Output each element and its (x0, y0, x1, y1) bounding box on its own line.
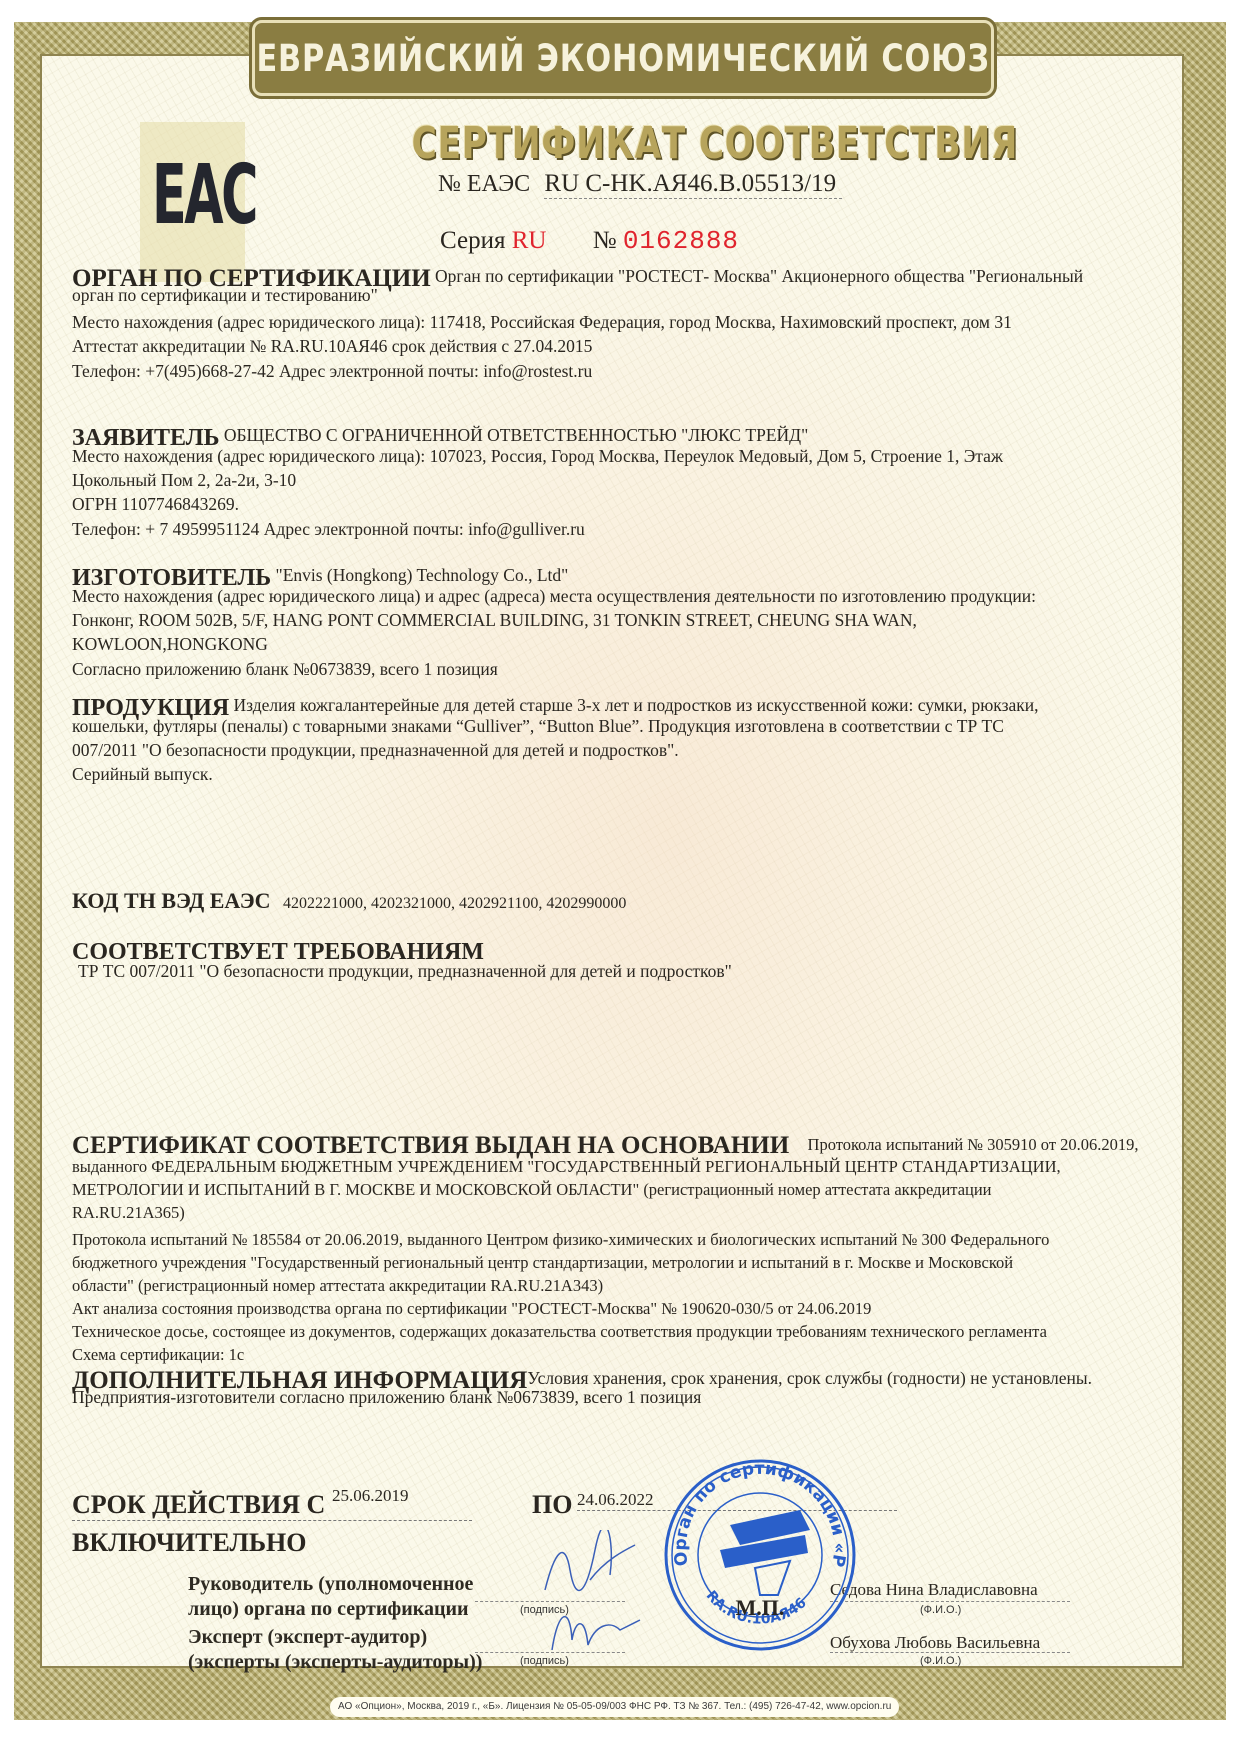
head-signature-icon (535, 1530, 645, 1610)
validity-from-date: 25.06.2019 (332, 1486, 409, 1506)
certificate-number-label: № ЕАЭС (438, 171, 530, 197)
basis-line: Схема сертификации: 1с (72, 1344, 1142, 1365)
series-value: RU (512, 227, 547, 254)
manufacturer-address-label: Место нахождения (адрес юридического лиц… (72, 586, 1142, 607)
union-title: ЕВРАЗИЙСКИЙ ЭКОНОМИЧЕСКИЙ СОЮЗ (256, 37, 989, 80)
applicant-address: Место нахождения (адрес юридического лиц… (72, 446, 1142, 467)
validity-from-label: СРОК ДЕЙСТВИЯ С (72, 1490, 472, 1521)
basis-line: выданного ФЕДЕРАЛЬНЫМ БЮДЖЕТНЫМ УЧРЕЖДЕН… (72, 1156, 1142, 1177)
additional-storage: Условия хранения, срок хранения, срок сл… (527, 1368, 1092, 1388)
basis-heading: СЕРТИФИКАТ СООТВЕТСТВИЯ ВЫДАН НА ОСНОВАН… (72, 1132, 789, 1159)
applicant-address-cont: Цокольный Пом 2, 2а-2и, 3-10 (72, 470, 1142, 491)
head-signature-block: Руководитель (уполномоченное лицо) орган… (188, 1572, 473, 1622)
product-section: ПРОДУКЦИЯ Изделия кожгалантерейные для д… (72, 695, 1142, 785)
head-name-line (830, 1601, 1070, 1602)
product-release-type: Серийный выпуск. (72, 764, 1142, 785)
basis-protocol-1: Протокола испытаний № 305910 от 20.06.20… (808, 1135, 1139, 1154)
expert-signature-block: Эксперт (эксперт-аудитор) (эксперты (экс… (188, 1625, 482, 1675)
applicant-ogrn: ОГРН 1107746843269. (72, 494, 1142, 515)
tn-ved-codes: 4202221000, 4202321000, 4202921100, 4202… (283, 895, 626, 912)
expert-signature-icon (540, 1600, 650, 1660)
basis-section: СЕРТИФИКАТ СООТВЕТСТВИЯ ВЫДАН НА ОСНОВАН… (72, 1134, 1142, 1365)
blank-number-value: 0162888 (623, 226, 739, 256)
certificate-title: СЕРТИФИКАТ СООТВЕТСТВИЯ (412, 118, 849, 169)
blank-series: Серия RU № 0162888 (440, 226, 739, 256)
head-label-cont: лицо) органа по сертификации (188, 1597, 473, 1622)
product-description: Изделия кожгалантерейные для детей старш… (234, 695, 1039, 715)
expert-name-caption: (Ф.И.О.) (920, 1655, 961, 1667)
product-standard: 007/2011 "О безопасности продукции, пред… (72, 740, 1142, 761)
head-label: Руководитель (уполномоченное (188, 1572, 473, 1597)
basis-line: Техническое досье, состоящее из документ… (72, 1321, 1142, 1342)
requirements-section: СООТВЕТСТВУЕТ ТРЕБОВАНИЯМ ТР ТС 007/2011… (72, 942, 1142, 982)
head-name-caption: (Ф.И.О.) (920, 1604, 961, 1616)
union-banner: ЕВРАЗИЙСКИЙ ЭКОНОМИЧЕСКИЙ СОЮЗ (252, 20, 994, 96)
expert-label: Эксперт (эксперт-аудитор) (188, 1625, 482, 1650)
expert-name: Обухова Любовь Васильевна (830, 1633, 1040, 1653)
requirements-heading: СООТВЕТСТВУЕТ ТРЕБОВАНИЯМ (72, 942, 1142, 963)
tn-ved-heading: КОД ТН ВЭД ЕАЭС (72, 888, 271, 913)
seal-stamp-icon: Орган по сертификации «Ростест-Москва» R… (660, 1455, 860, 1655)
series-label: Серия (440, 227, 505, 254)
basis-line: RA.RU.21А365) (72, 1202, 1142, 1223)
manufacturer-address-cont: KOWLOON,HONGKONG (72, 634, 1142, 655)
basis-line: Акт анализа состояния производства орган… (72, 1298, 1142, 1319)
head-name: Седова Нина Владиславовна (830, 1580, 1038, 1600)
product-description-cont: кошельки, футляры (пеналы) с товарными з… (72, 716, 1142, 737)
basis-lines: выданного ФЕДЕРАЛЬНЫМ БЮДЖЕТНЫМ УЧРЕЖДЕН… (72, 1156, 1142, 1365)
printer-imprint: АО «Опцион», Москва, 2019 г., «Б». Лицен… (330, 1697, 899, 1717)
tn-ved-section: КОД ТН ВЭД ЕАЭС 4202221000, 4202321000, … (72, 890, 1142, 914)
eac-logo-icon: ЕАС (152, 148, 256, 243)
basis-line: Протокола испытаний № 185584 от 20.06.20… (72, 1229, 1142, 1250)
manufacturer-address: Гонконг, ROOM 502B, 5/F, HANG PONT COMME… (72, 610, 1142, 631)
manufacturer-annex: Согласно приложению бланк №0673839, всег… (72, 659, 1142, 680)
certificate-number: № ЕАЭС RU C-HK.АЯ46.В.05513/19 (438, 170, 842, 199)
basis-line: бюджетного учреждения "Государственный р… (72, 1252, 1142, 1273)
certification-body-accreditation: Аттестат аккредитации № RA.RU.10АЯ46 сро… (72, 336, 1142, 357)
manufacturer-name: "Envis (Hongkong) Technology Co., Ltd" (276, 565, 569, 585)
manufacturer-section: ИЗГОТОВИТЕЛЬ "Envis (Hongkong) Technolog… (72, 565, 1142, 680)
svg-text:М.П.: М.П. (736, 1595, 785, 1620)
basis-line: области" (регистрационный номер аттестат… (72, 1275, 1142, 1296)
applicant-contacts: Телефон: + 7 4959951124 Адрес электронно… (72, 519, 1142, 540)
additional-section: ДОПОЛНИТЕЛЬНАЯ ИНФОРМАЦИЯУсловия хранени… (72, 1368, 1142, 1408)
certification-body-contacts: Телефон: +7(495)668-27-42 Адрес электрон… (72, 361, 1142, 382)
applicant-section: ЗАЯВИТЕЛЬ ОБЩЕСТВО С ОГРАНИЧЕННОЙ ОТВЕТС… (72, 425, 1142, 540)
expert-name-line (830, 1652, 1070, 1653)
applicant-name: ОБЩЕСТВО С ОГРАНИЧЕННОЙ ОТВЕТСТВЕННОСТЬЮ… (224, 425, 808, 445)
validity-to-label: ПО (532, 1490, 572, 1520)
certification-body-section: ОРГАН ПО СЕРТИФИКАЦИИ Орган по сертифика… (72, 266, 1142, 382)
certificate-number-value: RU C-HK.АЯ46.В.05513/19 (544, 170, 842, 199)
certification-body-address: Место нахождения (адрес юридического лиц… (72, 312, 1142, 333)
expert-label-cont: (эксперты (эксперты-аудиторы)) (188, 1650, 482, 1675)
certification-body-name: Орган по сертификации "РОСТЕСТ- Москва" … (435, 266, 1083, 286)
blank-number-label: № (593, 227, 617, 254)
basis-line: МЕТРОЛОГИИ И ИСПЫТАНИЙ В Г. МОСКВЕ И МОС… (72, 1179, 1142, 1200)
requirements-text: ТР ТС 007/2011 "О безопасности продукции… (72, 961, 1142, 982)
